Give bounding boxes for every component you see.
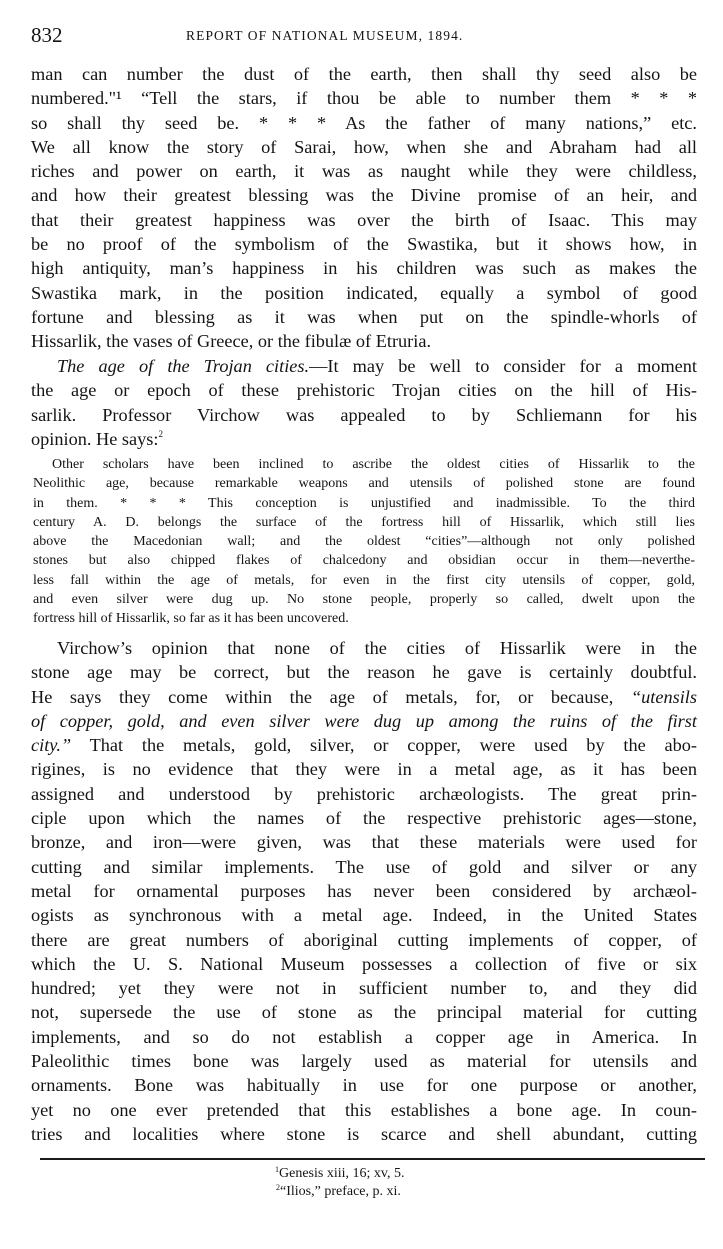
text-line: tries and localities where stone is scar…: [31, 1122, 697, 1146]
text-line: We all know the story of Sarai, how, whe…: [31, 135, 697, 159]
quote-line: fortress hill of Hissarlik, so far as it…: [33, 609, 695, 628]
footnote-2: 2“Ilios,” preface, p. xi.: [276, 1183, 401, 1201]
running-head: REPORT OF NATIONAL MUSEUM, 1894.: [186, 28, 463, 44]
text-line: which the U. S. National Museum possesse…: [31, 952, 697, 976]
quote-line: in them. * * * This conception is unjust…: [33, 494, 695, 513]
text-line: bronze, and iron—were given, was that th…: [31, 830, 697, 854]
footnote-divider: [40, 1158, 705, 1160]
text-line: not, supersede the use of stone as the p…: [31, 1000, 697, 1024]
footnote-text: Genesis xiii, 16; xv, 5.: [279, 1166, 404, 1181]
text-line: and how their greatest blessing was the …: [31, 183, 697, 207]
text-line: high antiquity, man’s happiness in his c…: [31, 256, 697, 280]
footnote-1: 1Genesis xiii, 16; xv, 5.: [275, 1165, 404, 1183]
text-line: Virchow’s opinion that none of the citie…: [31, 636, 697, 660]
text-line: Hissarlik, the vases of Greece, or the f…: [31, 329, 697, 353]
text-line: He says they come within the age of meta…: [31, 685, 697, 709]
text-line: numbered."¹ “Tell the stars, if thou be …: [31, 86, 697, 110]
quote-line: century A. D. belongs the surface of the…: [33, 513, 695, 532]
text-line: assigned and understood by prehistoric a…: [31, 782, 697, 806]
text-line: ciple upon which the names of the respec…: [31, 806, 697, 830]
footnote-text: “Ilios,” preface, p. xi.: [280, 1184, 401, 1199]
text-line: rigines, is no evidence that they were i…: [31, 757, 697, 781]
text-line: metal for ornamental purposes has never …: [31, 879, 697, 903]
text-line: fortune and blessing as it was when put …: [31, 305, 697, 329]
text-line: of copper, gold, and even silver were du…: [31, 709, 697, 733]
text-line: The age of the Trojan cities.—It may be …: [31, 354, 697, 378]
text-line: ogists as synchronous with a metal age. …: [31, 903, 697, 927]
text-line: stone age may be correct, but the reason…: [31, 660, 697, 684]
page-header: 832 REPORT OF NATIONAL MUSEUM, 1894.: [31, 24, 701, 48]
text-line: Swastika mark, in the position indicated…: [31, 281, 697, 305]
quote-line: less fall within the age of metals, for …: [33, 571, 695, 590]
text-line: hundred; yet they were not in sufficient…: [31, 976, 697, 1000]
footnote-ref-2: 2: [158, 429, 163, 439]
paragraph-trojan-cities: The age of the Trojan cities.—It may be …: [31, 354, 697, 451]
text-line: opinion. He says:2: [31, 427, 697, 451]
text-line: so shall thy seed be. * * * As the fathe…: [31, 111, 697, 135]
quote-line: above the Macedonian wall; and the oldes…: [33, 532, 695, 551]
text-line: implements, and so do not establish a co…: [31, 1025, 697, 1049]
text-line: yet no one ever pretended that this esta…: [31, 1098, 697, 1122]
page-number: 832: [31, 24, 63, 46]
text-line: be no proof of the symbolism of the Swas…: [31, 232, 697, 256]
document-page: 832 REPORT OF NATIONAL MUSEUM, 1894. man…: [0, 0, 723, 1249]
quote-line: stones but also chipped flakes of chalce…: [33, 551, 695, 570]
text-line: ornaments. Bone was habitually in use fo…: [31, 1073, 697, 1097]
text-line: there are great numbers of aboriginal cu…: [31, 928, 697, 952]
text-line: that their greatest happiness was over t…: [31, 208, 697, 232]
section-heading: The age of the Trojan cities.: [57, 356, 309, 376]
quote-line: and even silver were dug up. No stone pe…: [33, 590, 695, 609]
text-line: cutting and similar implements. The use …: [31, 855, 697, 879]
text-line: man can number the dust of the earth, th…: [31, 62, 697, 86]
block-quote-virchow: Other scholars have been inclined to asc…: [33, 455, 695, 629]
paragraph-genesis: man can number the dust of the earth, th…: [31, 62, 697, 354]
quote-line: Other scholars have been inclined to asc…: [33, 455, 695, 474]
quote-line: Neolithic age, because remarkable weapon…: [33, 474, 695, 493]
paragraph-virchow-opinion: Virchow’s opinion that none of the citie…: [31, 636, 697, 1146]
text-line: sarlik. Professor Virchow was appealed t…: [31, 403, 697, 427]
text-line: the age or epoch of these prehistoric Tr…: [31, 378, 697, 402]
text-line: riches and power on earth, it was as nau…: [31, 159, 697, 183]
text-line: Paleolithic times bone was largely used …: [31, 1049, 697, 1073]
text-line: city.” That the metals, gold, silver, or…: [31, 733, 697, 757]
